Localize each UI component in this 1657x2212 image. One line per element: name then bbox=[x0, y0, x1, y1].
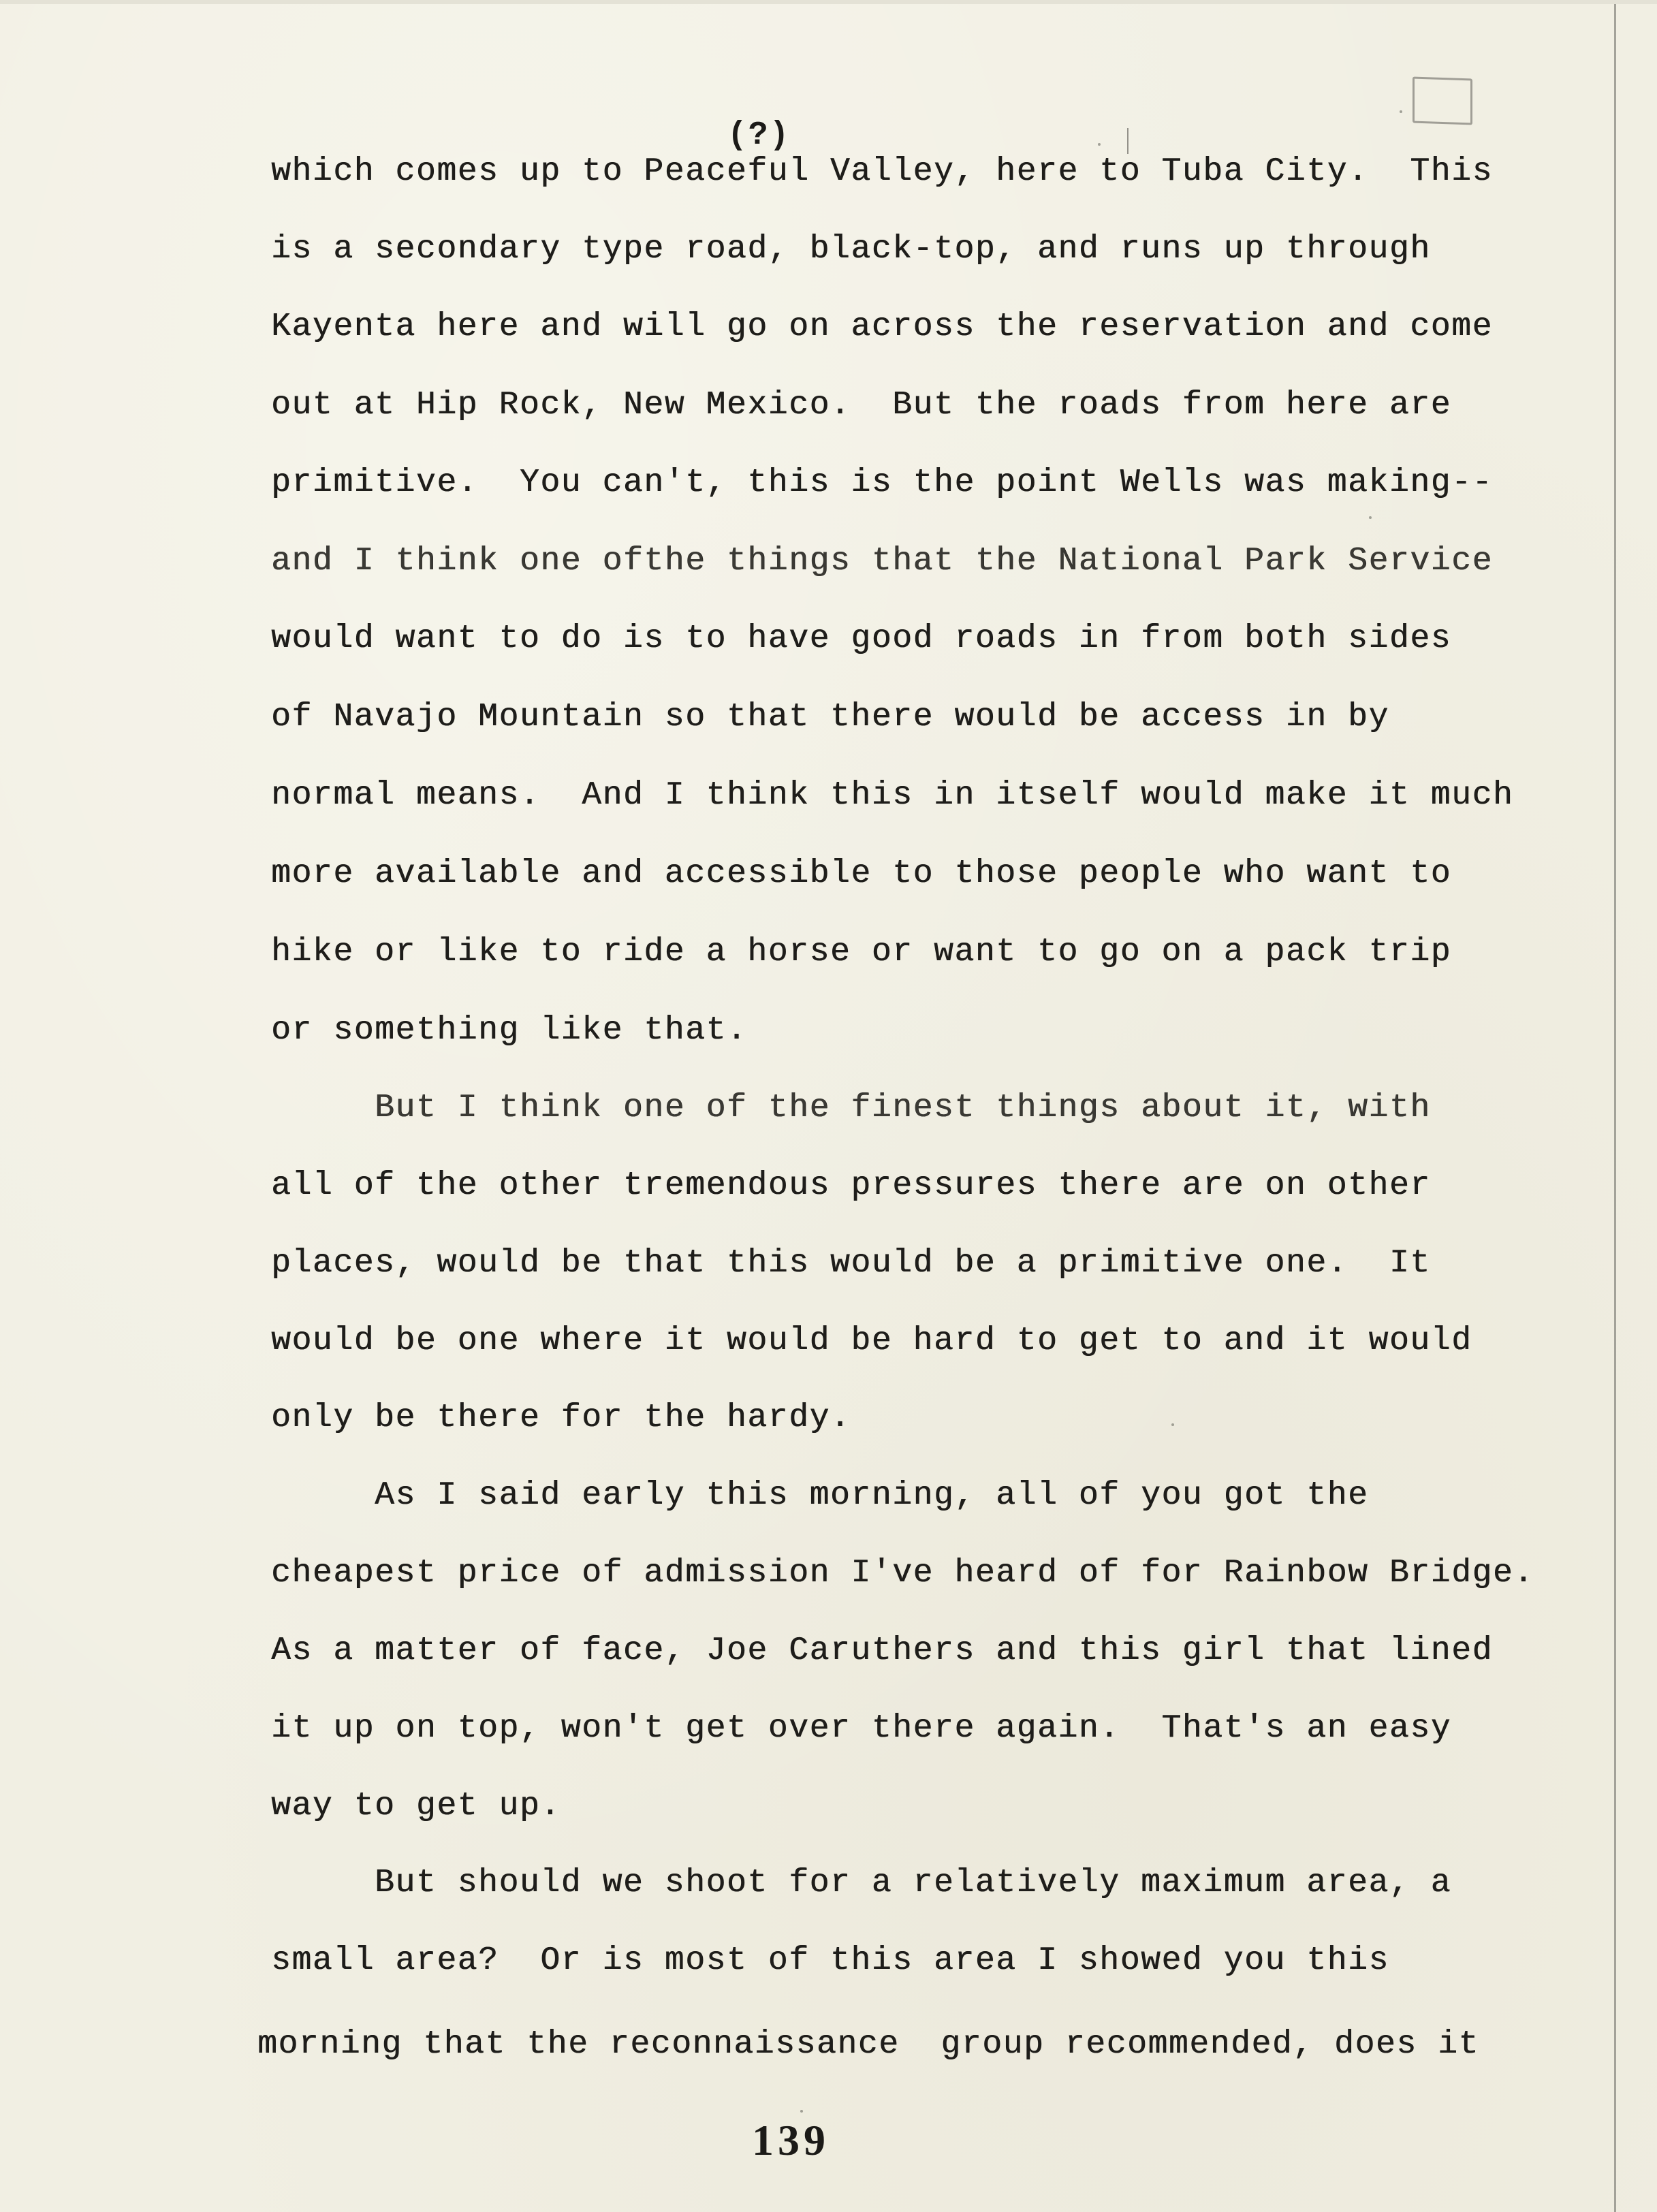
text-line: and I think one ofthe things that the Na… bbox=[271, 541, 1493, 582]
speck bbox=[800, 2110, 803, 2113]
page-top-edge bbox=[0, 0, 1657, 4]
text-line: out at Hip Rock, New Mexico. But the roa… bbox=[271, 385, 1451, 426]
text-line: all of the other tremendous pressures th… bbox=[271, 1165, 1431, 1206]
speck bbox=[1098, 143, 1101, 146]
text-line: small area? Or is most of this area I sh… bbox=[271, 1940, 1389, 1981]
text-line: more available and accessible to those p… bbox=[271, 853, 1451, 894]
text-line: way to get up. bbox=[271, 1786, 561, 1827]
text-line: is a secondary type road, black-top, and… bbox=[271, 229, 1431, 270]
speck bbox=[1171, 1423, 1174, 1426]
text-line: it up on top, won't get over there again… bbox=[271, 1708, 1451, 1749]
text-line: or something like that. bbox=[271, 1010, 747, 1051]
text-line: primitive. You can't, this is the point … bbox=[271, 462, 1493, 503]
text-line: would want to do is to have good roads i… bbox=[271, 618, 1451, 659]
text-line: which comes up to Peaceful Valley, here … bbox=[271, 151, 1493, 192]
typewritten-page: (?) which comes up to Peaceful Valley, h… bbox=[0, 0, 1657, 2212]
text-line: Kayenta here and will go on across the r… bbox=[271, 306, 1493, 347]
text-line: would be one where it would be hard to g… bbox=[271, 1321, 1472, 1361]
text-line: But should we shoot for a relatively max… bbox=[271, 1863, 1451, 1903]
text-line: But I think one of the finest things abo… bbox=[271, 1088, 1431, 1128]
text-line: places, would be that this would be a pr… bbox=[271, 1243, 1431, 1284]
text-line: normal means. And I think this in itself… bbox=[271, 775, 1513, 816]
speck bbox=[1400, 110, 1402, 113]
text-line: cheapest price of admission I've heard o… bbox=[271, 1553, 1534, 1594]
text-line: of Navajo Mountain so that there would b… bbox=[271, 697, 1389, 738]
text-line: only be there for the hardy. bbox=[271, 1397, 851, 1438]
stamp-box bbox=[1413, 76, 1472, 125]
header-question-mark: (?) bbox=[727, 117, 790, 154]
text-line: As I said early this morning, all of you… bbox=[271, 1475, 1368, 1516]
speck bbox=[1369, 516, 1372, 519]
page-number: 139 bbox=[752, 2115, 830, 2166]
stray-mark bbox=[1127, 128, 1129, 154]
right-margin-line bbox=[1614, 4, 1616, 2212]
text-line: hike or like to ride a horse or want to … bbox=[271, 932, 1451, 973]
text-line: As a matter of face, Joe Caruthers and t… bbox=[271, 1630, 1493, 1671]
text-line: morning that the reconnaissance group re… bbox=[257, 2024, 1479, 2065]
